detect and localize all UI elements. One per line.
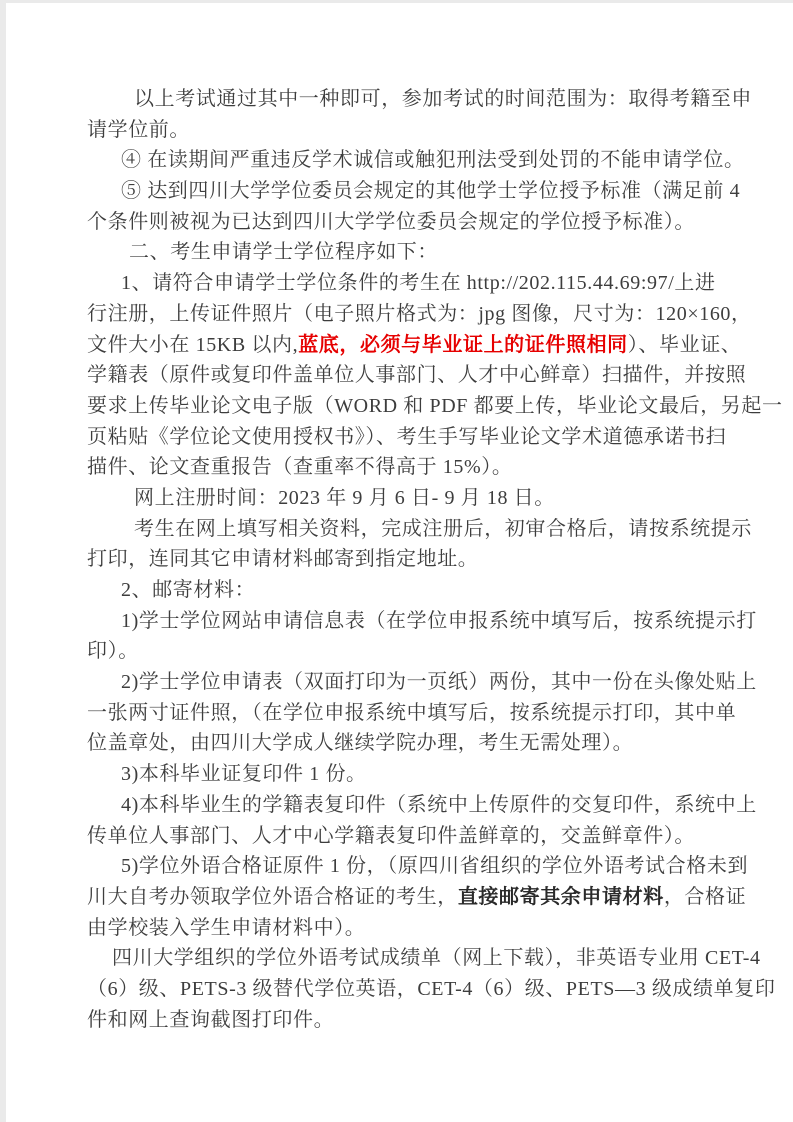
text-line: 打印，连同其它申请材料邮寄到指定地址。 xyxy=(87,544,711,575)
text-segment: 川大自考办领取学位外语合格证的考生， xyxy=(87,886,458,908)
text-line: 页粘贴《学位论文使用授权书》）、考生手写毕业论文学术道德承诺书扫 xyxy=(87,422,711,453)
text-line: 四川大学组织的学位外语考试成绩单（网上下载），非英语专业用 CET-4 xyxy=(87,943,711,974)
text-line: 传单位人事部门、人才中心学籍表复印件盖鲜章的，交盖鲜章件）。 xyxy=(87,821,711,852)
text-line-material-3: 3)本科毕业证复印件 1 份。 xyxy=(87,759,711,790)
text-line-material-1: 1)学士学位网站申请信息表（在学位申报系统中填写后，按系统提示打 xyxy=(87,606,711,637)
text-line: 考生在网上填写相关资料，完成注册后，初审合格后，请按系统提示 xyxy=(87,514,711,545)
text-line: 请学位前。 xyxy=(87,115,711,146)
text-line-item-4: ④ 在读期间严重违反学术诚信或触犯刑法受到处罚的不能申请学位。 xyxy=(87,145,711,176)
text-segment: 文件大小在 15KB 以内, xyxy=(87,334,298,356)
text-line-item-5: ⑤ 达到四川大学学位委员会规定的其他学士学位授予标准（满足前 4 xyxy=(87,176,711,207)
text-line: 件和网上查询截图打印件。 xyxy=(87,1005,711,1036)
text-line-material-2: 2)学士学位申请表（双面打印为一页纸）两份，其中一份在头像处贴上 xyxy=(87,667,711,698)
bold-emphasis-text: 直接邮寄其余申请材料 xyxy=(458,886,664,908)
text-segment: ）、毕业证、 xyxy=(628,334,742,356)
text-segment: ，合格证 xyxy=(664,886,746,908)
text-line: 川大自考办领取学位外语合格证的考生，直接邮寄其余申请材料，合格证 xyxy=(87,882,711,913)
text-line-step-2: 2、邮寄材料： xyxy=(87,575,711,606)
text-line: 描件、论文查重报告（查重率不得高于 15%）。 xyxy=(87,452,711,483)
text-line-material-5: 5)学位外语合格证原件 1 份，（原四川省组织的学位外语考试合格未到 xyxy=(87,851,711,882)
text-line-material-4: 4)本科毕业生的学籍表复印件（系统中上传原件的交复印件，系统中上 xyxy=(87,790,711,821)
text-line: 要求上传毕业论文电子版（WORD 和 PDF 都要上传，毕业论文最后，另起一 xyxy=(87,391,711,422)
section-heading: 二、考生申请学士学位程序如下： xyxy=(87,237,711,268)
text-line: 一张两寸证件照，（在学位申报系统中填写后，按系统提示打印，其中单 xyxy=(87,698,711,729)
text-line-registration-time: 网上注册时间：2023 年 9 月 6 日- 9 月 18 日。 xyxy=(87,483,711,514)
text-line: 个条件则被视为已达到四川大学学位委员会规定的学位授予标准）。 xyxy=(87,207,711,238)
highlight-red-text: 蓝底，必须与毕业证上的证件照相同 xyxy=(298,334,628,356)
text-line: 印）。 xyxy=(87,636,711,667)
text-line: 位盖章处，由四川大学成人继续学院办理，考生无需处理）。 xyxy=(87,728,711,759)
text-line: （6）级、PETS-3 级替代学位英语，CET-4（6）级、PETS—3 级成绩… xyxy=(87,974,711,1005)
text-line: 以上考试通过其中一种即可，参加考试的时间范围为：取得考籍至申 xyxy=(87,84,711,115)
document-page: 以上考试通过其中一种即可，参加考试的时间范围为：取得考籍至申 请学位前。 ④ 在… xyxy=(87,84,711,1035)
text-line: 行注册，上传证件照片（电子照片格式为：jpg 图像，尺寸为：120×160， xyxy=(87,299,711,330)
page-edge-shadow-top xyxy=(0,0,793,3)
page-edge-shadow-left xyxy=(0,0,6,1122)
text-line-step-1: 1、请符合申请学士学位条件的考生在 http://202.115.44.69:9… xyxy=(87,268,711,299)
text-line: 由学校装入学生申请材料中）。 xyxy=(87,913,711,944)
text-line: 学籍表（原件或复印件盖单位人事部门、人才中心鲜章）扫描件，并按照 xyxy=(87,360,711,391)
text-line: 文件大小在 15KB 以内,蓝底，必须与毕业证上的证件照相同）、毕业证、 xyxy=(87,330,711,361)
